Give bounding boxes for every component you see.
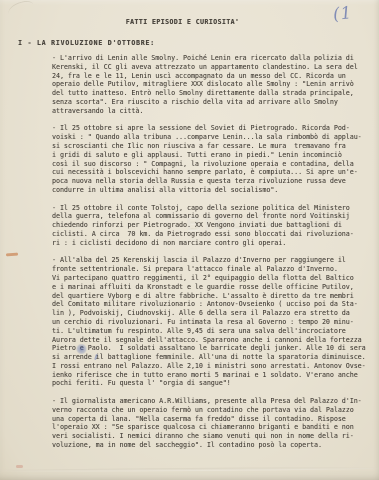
document-page: (1 FATTI EPISODI E CURIOSITA' I - LA RIV… <box>0 0 379 480</box>
document-body: - L'arrivo di Lenin alle Smolny. Poiché … <box>52 54 374 459</box>
blue-ink-blot <box>76 344 87 354</box>
page-title: FATTI EPISODI E CURIOSITA' <box>0 18 365 26</box>
paragraph-tolstoj-reinforcements: - Il 25 ottobre il conte Tolstoj, capo d… <box>52 204 374 248</box>
paragraph-williams-anecdote: - Il giornalista americano A.R.Williams,… <box>52 397 374 450</box>
paper-corner-crease <box>7 0 36 19</box>
paragraph-soviet-session: - Il 25 ottobre si apre la sessione del … <box>52 124 374 194</box>
paragraph-lenin-arrival: - L'arrivo di Lenin alle Smolny. Poiché … <box>52 54 374 116</box>
paragraph-winter-palace-assault: - All'alba del 25 Kerenskij lascia il Pa… <box>52 256 374 388</box>
paper-bottom-crease <box>0 467 379 473</box>
section-heading: I - LA RIVOLUZIONE D'OTTOBRE: <box>18 39 155 47</box>
orange-margin-mark <box>6 253 18 257</box>
pink-bottom-stain <box>16 465 23 468</box>
